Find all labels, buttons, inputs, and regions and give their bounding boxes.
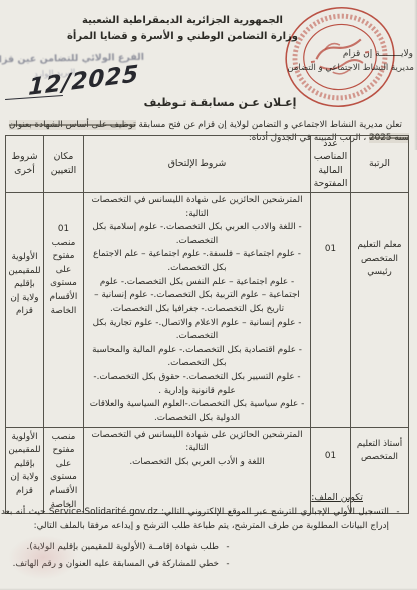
header-block: الجمهورية الجزائرية الديمقراطية الشعبية …	[50, 13, 315, 44]
vacancy-table: الرتبة عدد المناصب المالية المفتوحة شروط…	[5, 135, 409, 514]
positions-cell: 01	[311, 192, 351, 427]
location-cell: منصب مفتوح على مستوى الأقسام الخاصة	[44, 427, 84, 514]
conditions-cell: المترشحين الحائزين على شهادة الليسانس في…	[84, 192, 311, 427]
header-positions: عدد المناصب المالية المفتوحة	[311, 136, 351, 193]
file-section-item: - التسجيل الأولي الإجباري للترشح عبر الم…	[1, 506, 403, 533]
intro-text-start: تعلن مديرية النشاط الاجتماعي و التضامن ل…	[136, 120, 402, 130]
rank-cell: معلم التعليم المتخصص رئيسي	[351, 192, 409, 427]
conditions-cell: المترشحين الحائزين على شهادة الليسانس في…	[84, 427, 311, 514]
scan-smudge	[8, 535, 78, 580]
other-conditions-cell: الأولوية للمقيمين بإقليم ولاية إن قزام	[6, 427, 44, 514]
header-location: مكان التعيين	[44, 136, 84, 193]
ministry-line: وزارة التضامن الوطني و الأسرة و قضايا ال…	[50, 29, 315, 45]
republic-line: الجمهورية الجزائرية الديمقراطية الشعبية	[50, 13, 315, 29]
table-header-row: الرتبة عدد المناصب المالية المفتوحة شروط…	[6, 136, 409, 193]
location-cell: 01 منصب مفتوح على مستوى الأقسام الخاصة	[44, 192, 84, 427]
announcement-title: إعـلان عـن مسابقـة تـوظيف	[120, 96, 320, 109]
dash-marker: -	[223, 541, 233, 555]
document-page: الجمهورية الجزائرية الديمقراطية الشعبية …	[0, 0, 417, 590]
header-rank: الرتبة	[351, 136, 409, 193]
dash-marker: -	[393, 506, 403, 533]
official-round-stamp-icon	[281, 4, 399, 110]
header-other: شروط أخرى	[6, 136, 44, 193]
dash-marker: -	[223, 558, 233, 572]
handwritten-reference-number: 12/2025	[28, 61, 140, 101]
other-conditions-cell: الأولوية للمقيمين بإقليم ولاية إن قزام	[6, 192, 44, 427]
table-row: معلم التعليم المتخصص رئيسي 01 المترشحين …	[6, 192, 409, 427]
file-item-text: التسجيل الأولي الإجباري للترشح عبر الموق…	[1, 506, 389, 533]
file-section-title: تكوين الملف:	[311, 492, 363, 503]
header-conditions: شروط الإلتحاق	[84, 136, 311, 193]
